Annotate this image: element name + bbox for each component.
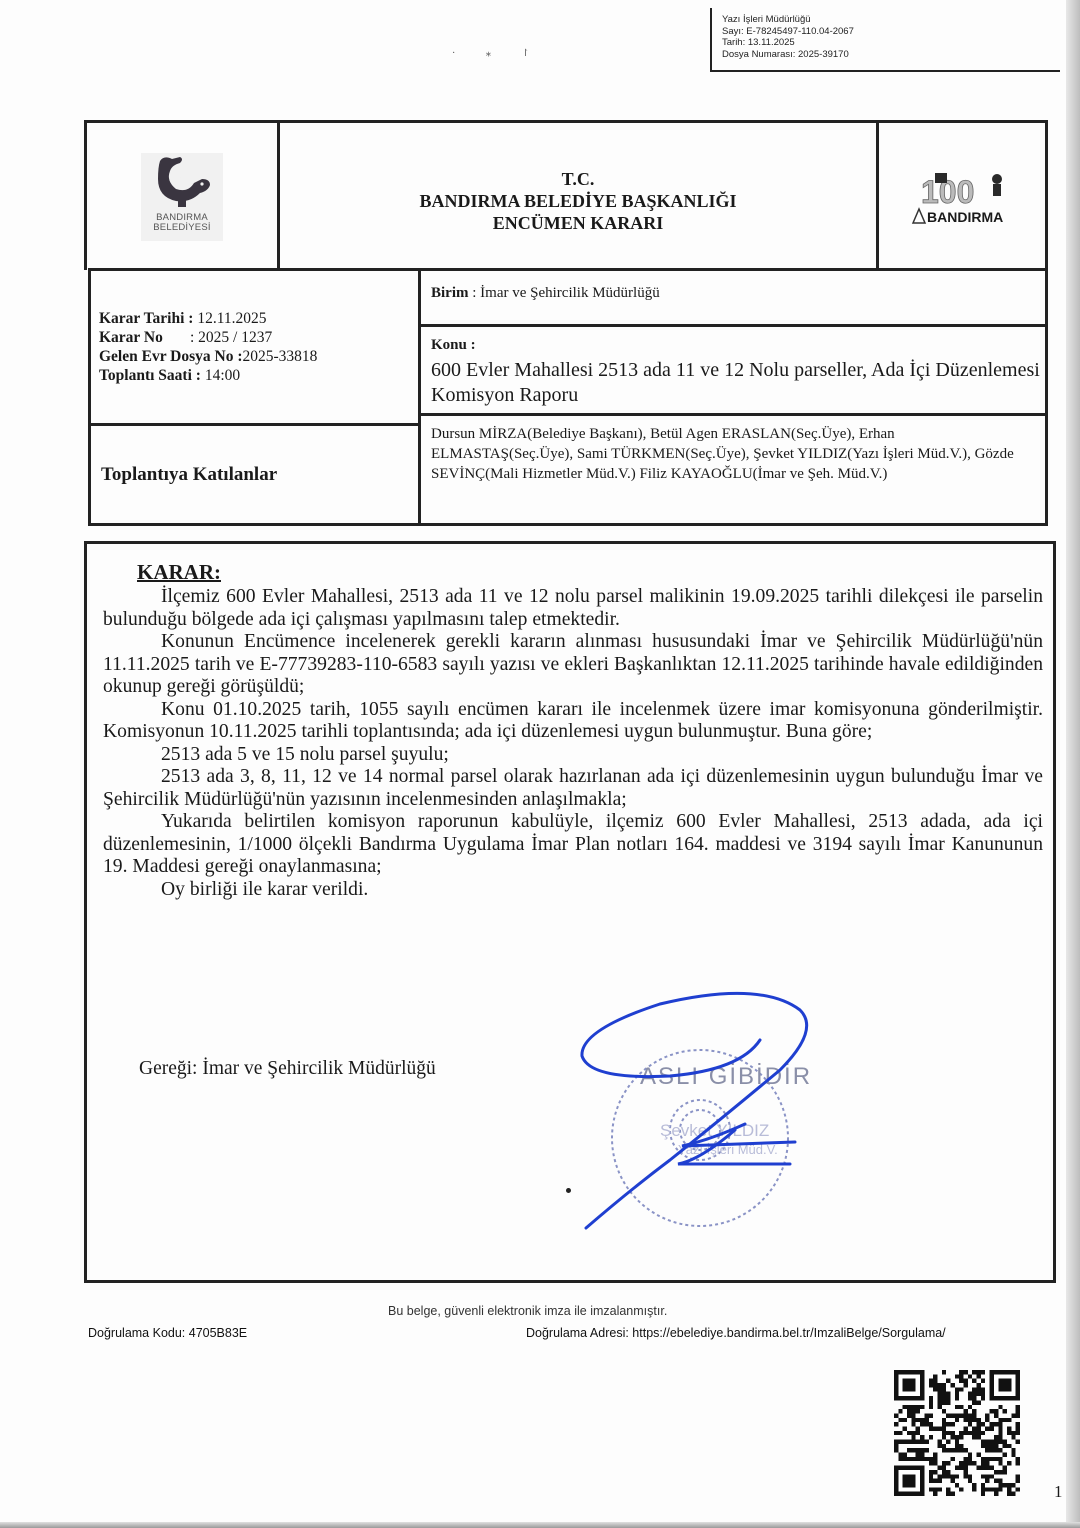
document-header: BANDIRMA BELEDİYESİ T.C. BANDIRMA BELEDİ…: [84, 120, 1048, 270]
signature-icon: [582, 993, 807, 1228]
toplanti-saati-value: 14:00: [201, 367, 240, 384]
karar-no-row: Karar No : 2025 / 1237: [99, 328, 317, 347]
registry-date: Tarih: 13.11.2025: [722, 37, 1060, 49]
official-stamp-signature: ASLI GİBİDİR Şevket YILDIZ Yazı İşleri M…: [560, 990, 840, 1250]
decision-paragraph: İlçemiz 600 Evler Mahallesi, 2513 ada 11…: [103, 586, 1043, 631]
title-document-type: ENCÜMEN KARARI: [493, 212, 664, 234]
karar-tarihi-label: Karar Tarihi :: [99, 310, 193, 327]
header-title-cell: T.C. BANDIRMA BELEDİYE BAŞKANLIĞI ENCÜME…: [280, 123, 879, 270]
attendees-list: Dursun MİRZA(Belediye Başkanı), Betül Ag…: [421, 416, 1045, 523]
scan-edge-right: [1066, 0, 1080, 1528]
birim-label: Birim: [431, 285, 469, 301]
dosya-no-value: 2025-33818: [243, 348, 318, 365]
decision-text: İlçemiz 600 Evler Mahallesi, 2513 ada 11…: [103, 586, 1043, 901]
karar-no-label: Karar No: [99, 329, 186, 346]
karar-tarihi-row: Karar Tarihi : 12.11.2025: [99, 309, 317, 328]
qr-code-icon[interactable]: [894, 1370, 1020, 1496]
attendees-label: Toplantıya Katılanlar: [101, 464, 277, 486]
scan-specks: · ⁎ ↾: [452, 48, 544, 59]
attendees-label-cell: Toplantıya Katılanlar: [91, 426, 421, 523]
dosya-no-row: Gelen Evr Dosya No :2025-33818: [99, 347, 317, 366]
bandirma-100-emblem-icon: 100 BANDIRMA: [907, 167, 1017, 227]
konu-label: Konu: [431, 337, 467, 353]
registry-number: Sayı: E-78245497-110.04-2067: [722, 26, 1060, 38]
birim-value: : İmar ve Şehircilik Müdürlüğü: [469, 285, 660, 301]
decision-paragraph: Yukarıda belirtilen komisyon raporunun k…: [103, 811, 1043, 879]
title-tc: T.C.: [562, 168, 595, 190]
scan-edge-bottom: [0, 1522, 1080, 1528]
verification-code: Doğrulama Kodu: 4705B83E: [88, 1326, 247, 1340]
municipality-emblem-icon: [150, 153, 214, 213]
toplanti-saati-row: Toplantı Saati : 14:00: [99, 366, 317, 385]
konu-label-row: Konu :: [431, 337, 1045, 354]
registry-stamp: Yazı İşleri Müdürlüğü Sayı: E-78245497-1…: [710, 8, 1060, 72]
karar-no-value: : 2025 / 1237: [186, 329, 272, 346]
svg-text:100: 100: [921, 174, 974, 210]
title-institution: BANDIRMA BELEDİYE BAŞKANLIĞI: [419, 190, 736, 212]
karar-tarihi-value: 12.11.2025: [193, 310, 266, 327]
esign-note: Bu belge, güvenli elektronik imza ile im…: [388, 1304, 667, 1318]
decision-info-table: Karar Tarihi : 12.11.2025 Karar No : 202…: [88, 268, 1048, 526]
registry-file-number: Dosya Numarası: 2025-39170: [722, 49, 1060, 61]
scan-dot: [566, 1188, 571, 1193]
svg-text:BANDIRMA: BANDIRMA: [927, 209, 1003, 225]
bandirma-municipality-logo: BANDIRMA BELEDİYESİ: [141, 153, 223, 241]
registry-department: Yazı İşleri Müdürlüğü: [722, 14, 1060, 26]
decision-paragraph: 2513 ada 5 ve 15 nolu parsel şuyulu;: [103, 744, 1043, 767]
toplanti-saati-label: Toplantı Saati :: [99, 367, 201, 384]
konu-value: 600 Evler Mahallesi 2513 ada 11 ve 12 No…: [431, 358, 1045, 408]
decision-meta-cell: Karar Tarihi : 12.11.2025 Karar No : 202…: [91, 271, 421, 426]
decision-paragraph: Konu 01.10.2025 tarih, 1055 sayılı encüm…: [103, 699, 1043, 744]
konu-cell: Konu : 600 Evler Mahallesi 2513 ada 11 v…: [421, 327, 1045, 416]
page-number: 1: [1054, 1482, 1063, 1502]
dosya-no-label: Gelen Evr Dosya No :: [99, 348, 243, 365]
decision-meta: Karar Tarihi : 12.11.2025 Karar No : 202…: [99, 309, 317, 385]
logo-text-line2: BELEDİYESİ: [153, 223, 210, 233]
decision-title: KARAR:: [137, 560, 221, 585]
verification-address[interactable]: Doğrulama Adresi: https://ebelediye.band…: [526, 1326, 946, 1340]
decision-paragraph: Konunun Encümence incelenerek gerekli ka…: [103, 631, 1043, 699]
birim-cell: Birim : İmar ve Şehircilik Müdürlüğü: [421, 271, 1045, 327]
decision-paragraph: 2513 ada 3, 8, 11, 12 ve 14 normal parse…: [103, 766, 1043, 811]
logo-text-line1: BANDIRMA: [156, 213, 208, 223]
decision-paragraph: Oy birliği ile karar verildi.: [103, 879, 1043, 902]
geregi-line: Gereği: İmar ve Şehircilik Müdürlüğü: [139, 1058, 436, 1080]
header-badge-cell: 100 BANDIRMA: [879, 123, 1045, 270]
header-logo-cell: BANDIRMA BELEDİYESİ: [87, 123, 280, 270]
